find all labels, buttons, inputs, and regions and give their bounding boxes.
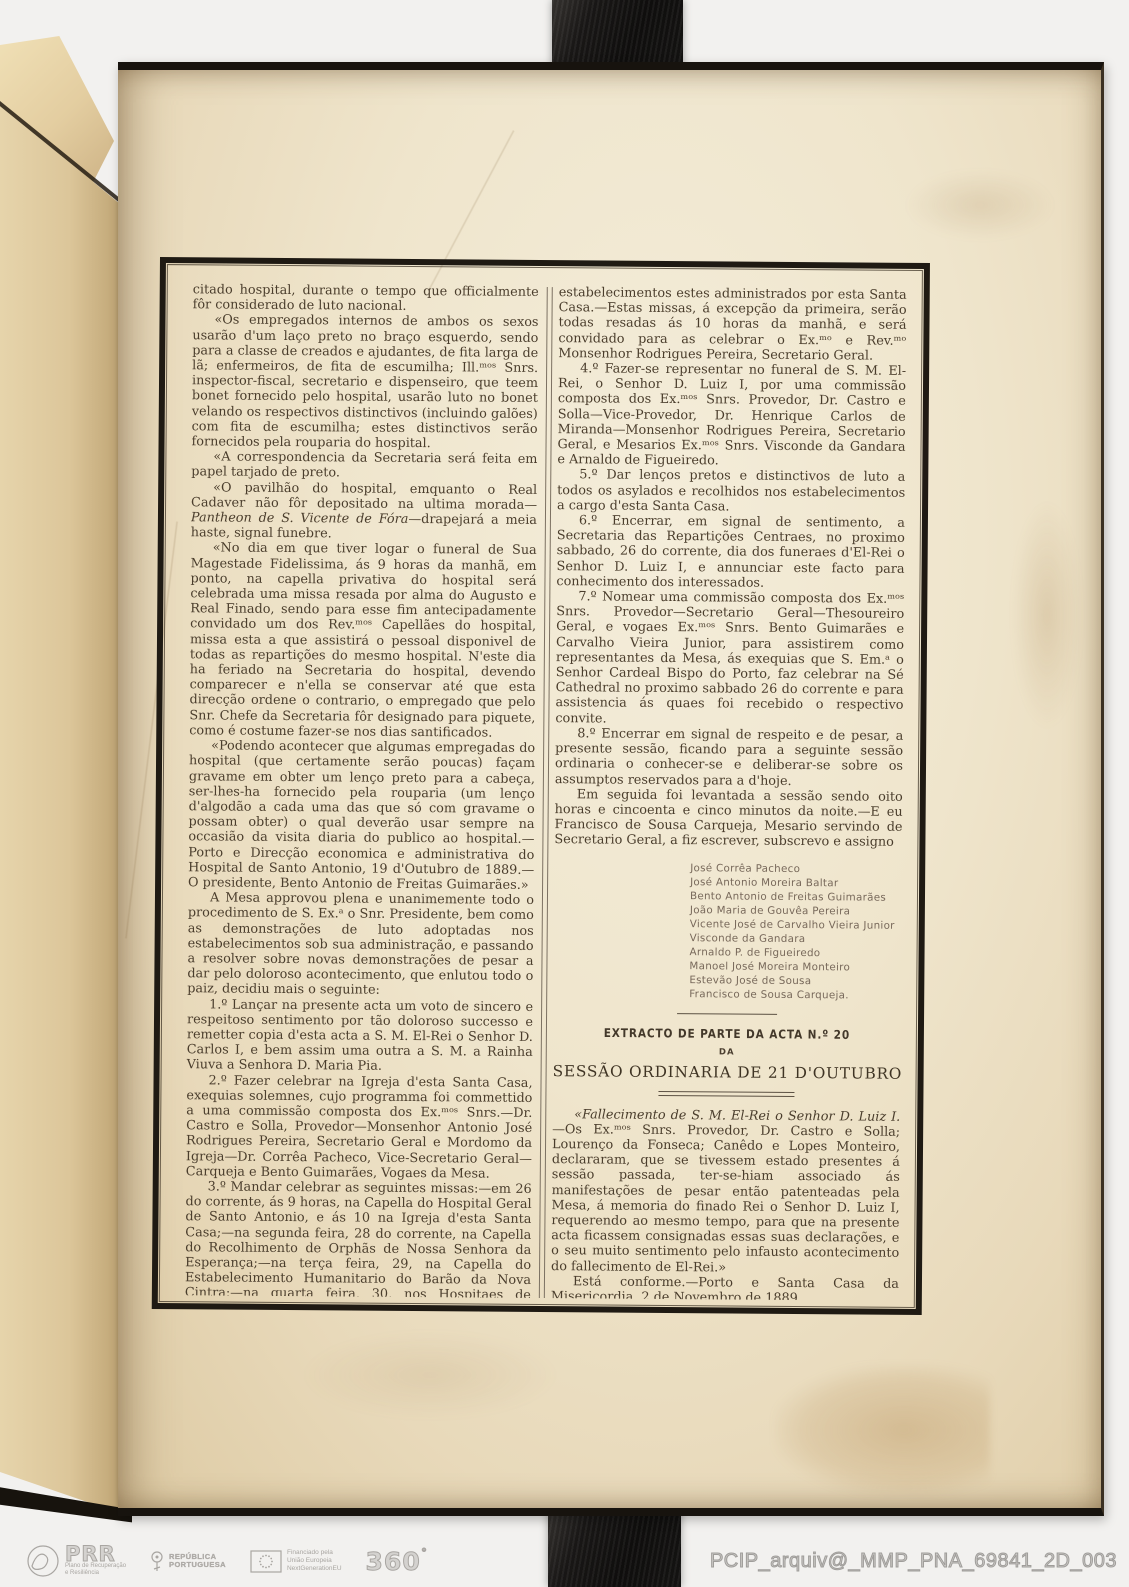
republica-emblem-icon [150, 1549, 164, 1573]
paragraph: A Mesa approvou plena e unanimemente tod… [187, 890, 534, 999]
text-run: 1.º Lançar na presente acta um voto de s… [187, 997, 534, 1074]
signatory-name: José Antonio Moreira Baltar [690, 875, 902, 891]
signatory-name: Estevão José de Sousa [689, 973, 901, 989]
text-run: citado hospital, durante o tempo que off… [193, 282, 539, 314]
text-run: «A correspondencia da Secretaria será fe… [191, 450, 537, 481]
filename-label: PCIP_arquiv@_MMP_PNA_69841_2D_003 [710, 1550, 1117, 1573]
signatory-name: João Maria de Gouvêa Pereira [690, 903, 902, 919]
eu-flag-icon [250, 1550, 282, 1573]
text-run: «No dia em que tiver logar o funeral de … [189, 541, 537, 741]
right-column: estabelecimentos estes administrados por… [551, 285, 907, 1301]
paragraph: 3.º Mandar celebrar as seguintes missas:… [185, 1179, 532, 1301]
text-run: 4.º Fazer-se representar no funeral de S… [557, 361, 906, 468]
text-run: estabelecimentos estes administrados por… [558, 285, 907, 363]
column-divider [539, 287, 553, 1298]
text-run: Está conforme.—Porto e Santa Casa da Mis… [551, 1274, 899, 1301]
text-run: «O pavilhão do hospital, emquanto o Real… [191, 480, 537, 513]
paragraph: 6.º Encerrar, em signal de sentimento, a… [556, 513, 905, 592]
extract-da: DA [553, 1046, 901, 1059]
paragraph: 1.º Lançar na presente acta um voto de s… [187, 997, 534, 1076]
signatory-name: José Corrêa Pacheco [690, 861, 902, 877]
republica-text-line2: PORTUGUESA [169, 1561, 226, 1570]
eu-text-line2: União Europeia [287, 1557, 342, 1565]
double-rule [658, 1090, 794, 1096]
prr-emblem-icon [26, 1544, 60, 1578]
eu-text-line1: Financiado pela [287, 1549, 342, 1557]
text-run: Em seguida foi levantada a sessão sendo … [554, 787, 902, 850]
text-run: 5.º Dar lenços pretos e distinctivos de … [557, 468, 905, 515]
extract-heading: EXTRACTO DE PARTE DA ACTA N.º 20DASESSÃO… [552, 1012, 901, 1098]
prr-logo: PRR Plano de Recuperação e Resiliência [26, 1544, 126, 1578]
paragraph: 5.º Dar lenços pretos e distinctivos de … [557, 468, 905, 516]
signature-list: José Corrêa PachecoJosé Antonio Moreira … [689, 861, 902, 1003]
paragraph: 7.º Nomear uma commissão composta dos Ex… [555, 589, 904, 729]
paragraph: «Os empregados internos de ambos os sexo… [191, 313, 538, 453]
signatory-name: Visconde da Gandara [690, 931, 902, 947]
paragraph: Está conforme.—Porto e Santa Casa da Mis… [551, 1274, 899, 1301]
text-run: 3.º Mandar celebrar as seguintes missas:… [185, 1179, 532, 1300]
paragraph: 8.º Encerrar em signal de respeito e de … [555, 726, 903, 790]
document-body: citado hospital, durante o tempo que off… [185, 282, 907, 1301]
italic-text-run: Pantheon de S. Vicente de Fóra [191, 510, 409, 527]
footer-bar: PRR Plano de Recuperação e Resiliência R… [0, 1538, 1129, 1587]
paragraph: «No dia em que tiver logar o funeral de … [189, 541, 537, 741]
paragraph: «O pavilhão do hospital, emquanto o Real… [191, 480, 537, 544]
eu-text-line3: NextGenerationEU [287, 1565, 342, 1573]
paragraph: Em seguida foi levantada a sessão sendo … [554, 787, 902, 851]
text-run: A Mesa approvou plena e unanimemente tod… [187, 891, 534, 999]
text-run: 8.º Encerrar em signal de respeito e de … [555, 726, 903, 788]
eu-funding-logo: Financiado pela União Europeia NextGener… [250, 1549, 342, 1573]
scan-background: citado hospital, durante o tempo que off… [0, 0, 1129, 1587]
signatory-name: Manoel José Moreira Monteiro [689, 959, 901, 975]
signatory-name: Arnaldo P. de Figueiredo [690, 945, 902, 961]
paragraph: 4.º Fazer-se representar no funeral de S… [557, 361, 906, 470]
paragraph: 2.º Fazer celebrar na Igreja d'esta Sant… [186, 1073, 533, 1182]
session-title: SESSÃO ORDINARIA DE 21 D'OUTUBRO DE 1889 [553, 1062, 901, 1083]
signatory-name: Bento Antonio de Freitas Guimarães [690, 889, 902, 905]
paragraph: citado hospital, durante o tempo que off… [193, 282, 539, 315]
paragraph: «A correspondencia da Secretaria será fe… [191, 449, 537, 482]
paragraph: «Podendo acontecer que algumas empregada… [188, 738, 535, 893]
signatory-name: Vicente José de Carvalho Vieira Junior [690, 917, 902, 933]
prr-logo-text: PRR [65, 1545, 126, 1563]
extract-title: EXTRACTO DE PARTE DA ACTA N.º 20 [553, 1026, 901, 1043]
text-run: 7.º Nomear uma commissão composta dos Ex… [555, 589, 904, 726]
left-column: citado hospital, durante o tempo que off… [185, 282, 539, 1298]
signatory-name: Francisco de Sousa Carqueja. [689, 987, 901, 1003]
footer-logos: PRR Plano de Recuperação e Resiliência R… [26, 1544, 421, 1578]
text-run: «Podendo acontecer que algumas empregada… [188, 739, 535, 893]
book-left-cover [0, 40, 125, 1515]
text-run: 6.º Encerrar, em signal de sentimento, a… [556, 513, 905, 590]
text-run: «Os empregados internos de ambos os sexo… [191, 313, 538, 451]
divider-rule [677, 1013, 777, 1015]
text-run: 2.º Fazer celebrar na Igreja d'esta Sant… [186, 1073, 533, 1181]
prr-tagline-line1: Plano de Recuperação [65, 1563, 126, 1570]
paragraph: «Fallecimento de S. M. El-Rei o Senhor D… [551, 1107, 900, 1277]
mourning-frame: citado hospital, durante o tempo que off… [152, 257, 930, 1315]
logo-360: 360 [366, 1547, 421, 1576]
republica-portuguesa-logo: REPÚBLICA PORTUGUESA [150, 1549, 226, 1573]
prr-tagline-line2: e Resiliência [65, 1570, 126, 1577]
text-run: —Os Ex.ᵐᵒˢ Snrs. Provedor, Dr. Castro e … [551, 1122, 900, 1275]
paragraph: estabelecimentos estes administrados por… [558, 285, 907, 364]
